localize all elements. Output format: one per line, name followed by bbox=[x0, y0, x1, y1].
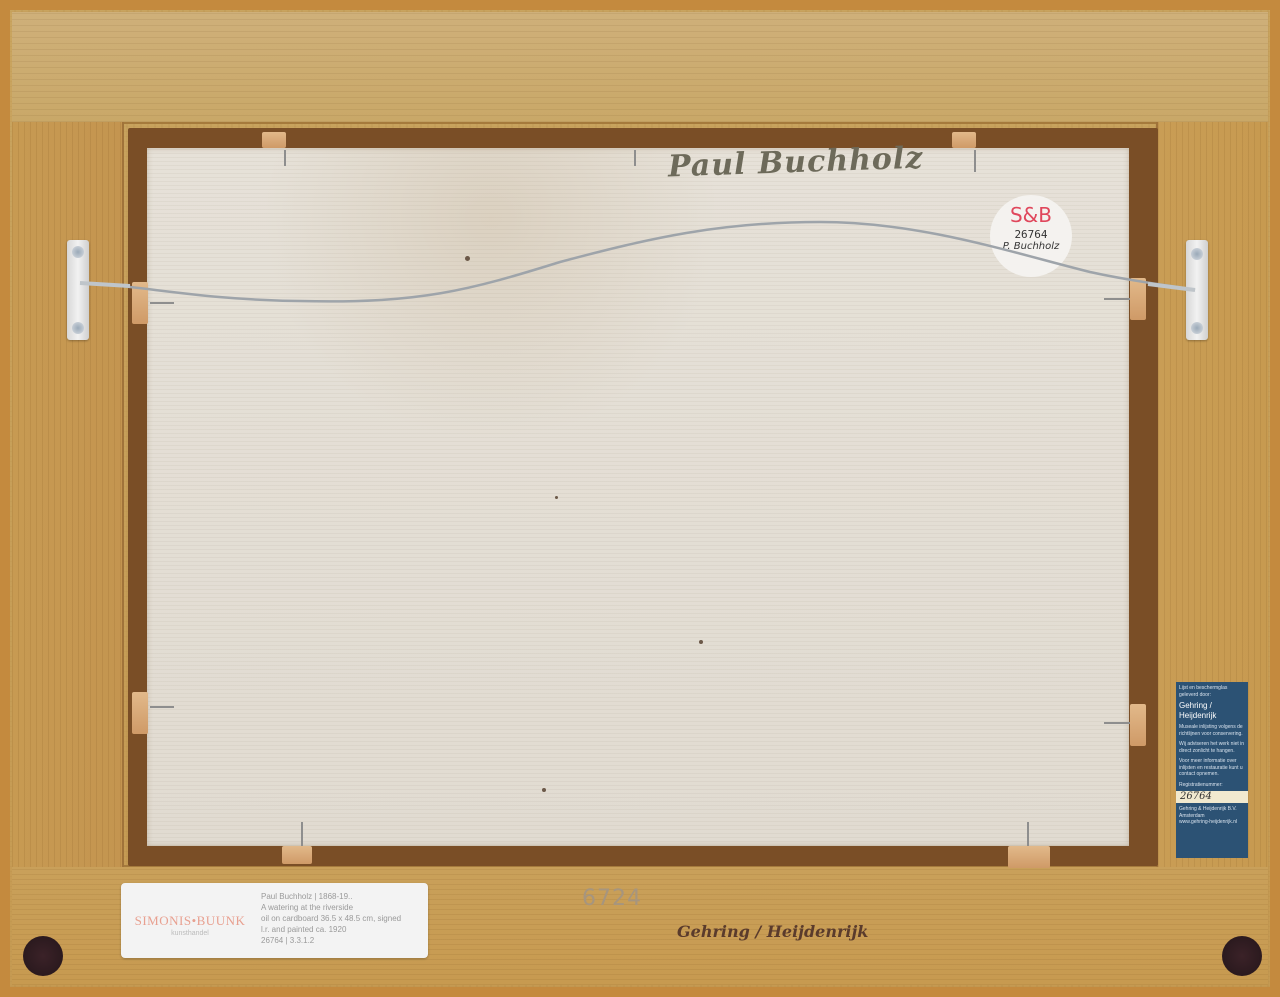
gh-number-label: Registratienummer: bbox=[1179, 782, 1245, 789]
felt-bumper bbox=[23, 936, 63, 976]
label-brand: SIMONIS•BUUNK kunsthandel bbox=[131, 913, 249, 937]
label-line: A watering at the riverside bbox=[261, 902, 401, 913]
hanging-wire bbox=[0, 0, 1280, 997]
label-artwork-details: Paul Buchholz | 1868-19.. A watering at … bbox=[261, 891, 401, 946]
brand-subtitle: kunsthandel bbox=[131, 930, 249, 937]
picture-frame-back: Paul Buchholz S&B 26764 P. Buchholz SIMO… bbox=[0, 0, 1280, 997]
gh-paragraph: Museale inlijsting volgens de richtlijne… bbox=[1179, 724, 1245, 737]
framer-stamp: Gehring / Heijdenrijk bbox=[677, 922, 868, 941]
gh-intro: Lijst en beschermglas geleverd door: bbox=[1179, 685, 1245, 698]
label-line: oil on cardboard 36.5 x 48.5 cm, signed bbox=[261, 913, 401, 924]
pencil-inscription: 6724 bbox=[582, 886, 642, 911]
label-line: 26764 | 3.3.1.2 bbox=[261, 935, 401, 946]
gehring-heijdenrijk-label: Lijst en beschermglas geleverd door: Geh… bbox=[1176, 682, 1248, 858]
felt-bumper bbox=[1222, 936, 1262, 976]
gh-paragraph: Voor meer informatie over inlijsten en r… bbox=[1179, 758, 1245, 778]
label-line: l.r. and painted ca. 1920 bbox=[261, 924, 401, 935]
label-line: Paul Buchholz | 1868-19.. bbox=[261, 891, 401, 902]
gh-address-line: www.gehring-heijdenrijk.nl bbox=[1179, 819, 1245, 826]
simonis-buunk-label: SIMONIS•BUUNK kunsthandel Paul Buchholz … bbox=[121, 883, 428, 958]
gh-paragraph: Wij adviseren het werk niet in direct zo… bbox=[1179, 741, 1245, 754]
gh-title: Gehring / Heijdenrijk bbox=[1179, 701, 1245, 721]
brand-name: SIMONIS•BUUNK bbox=[131, 913, 249, 929]
gh-address-line: Gehring & Heijdenrijk B.V. bbox=[1179, 806, 1245, 813]
gh-number: 26764 bbox=[1176, 791, 1248, 803]
